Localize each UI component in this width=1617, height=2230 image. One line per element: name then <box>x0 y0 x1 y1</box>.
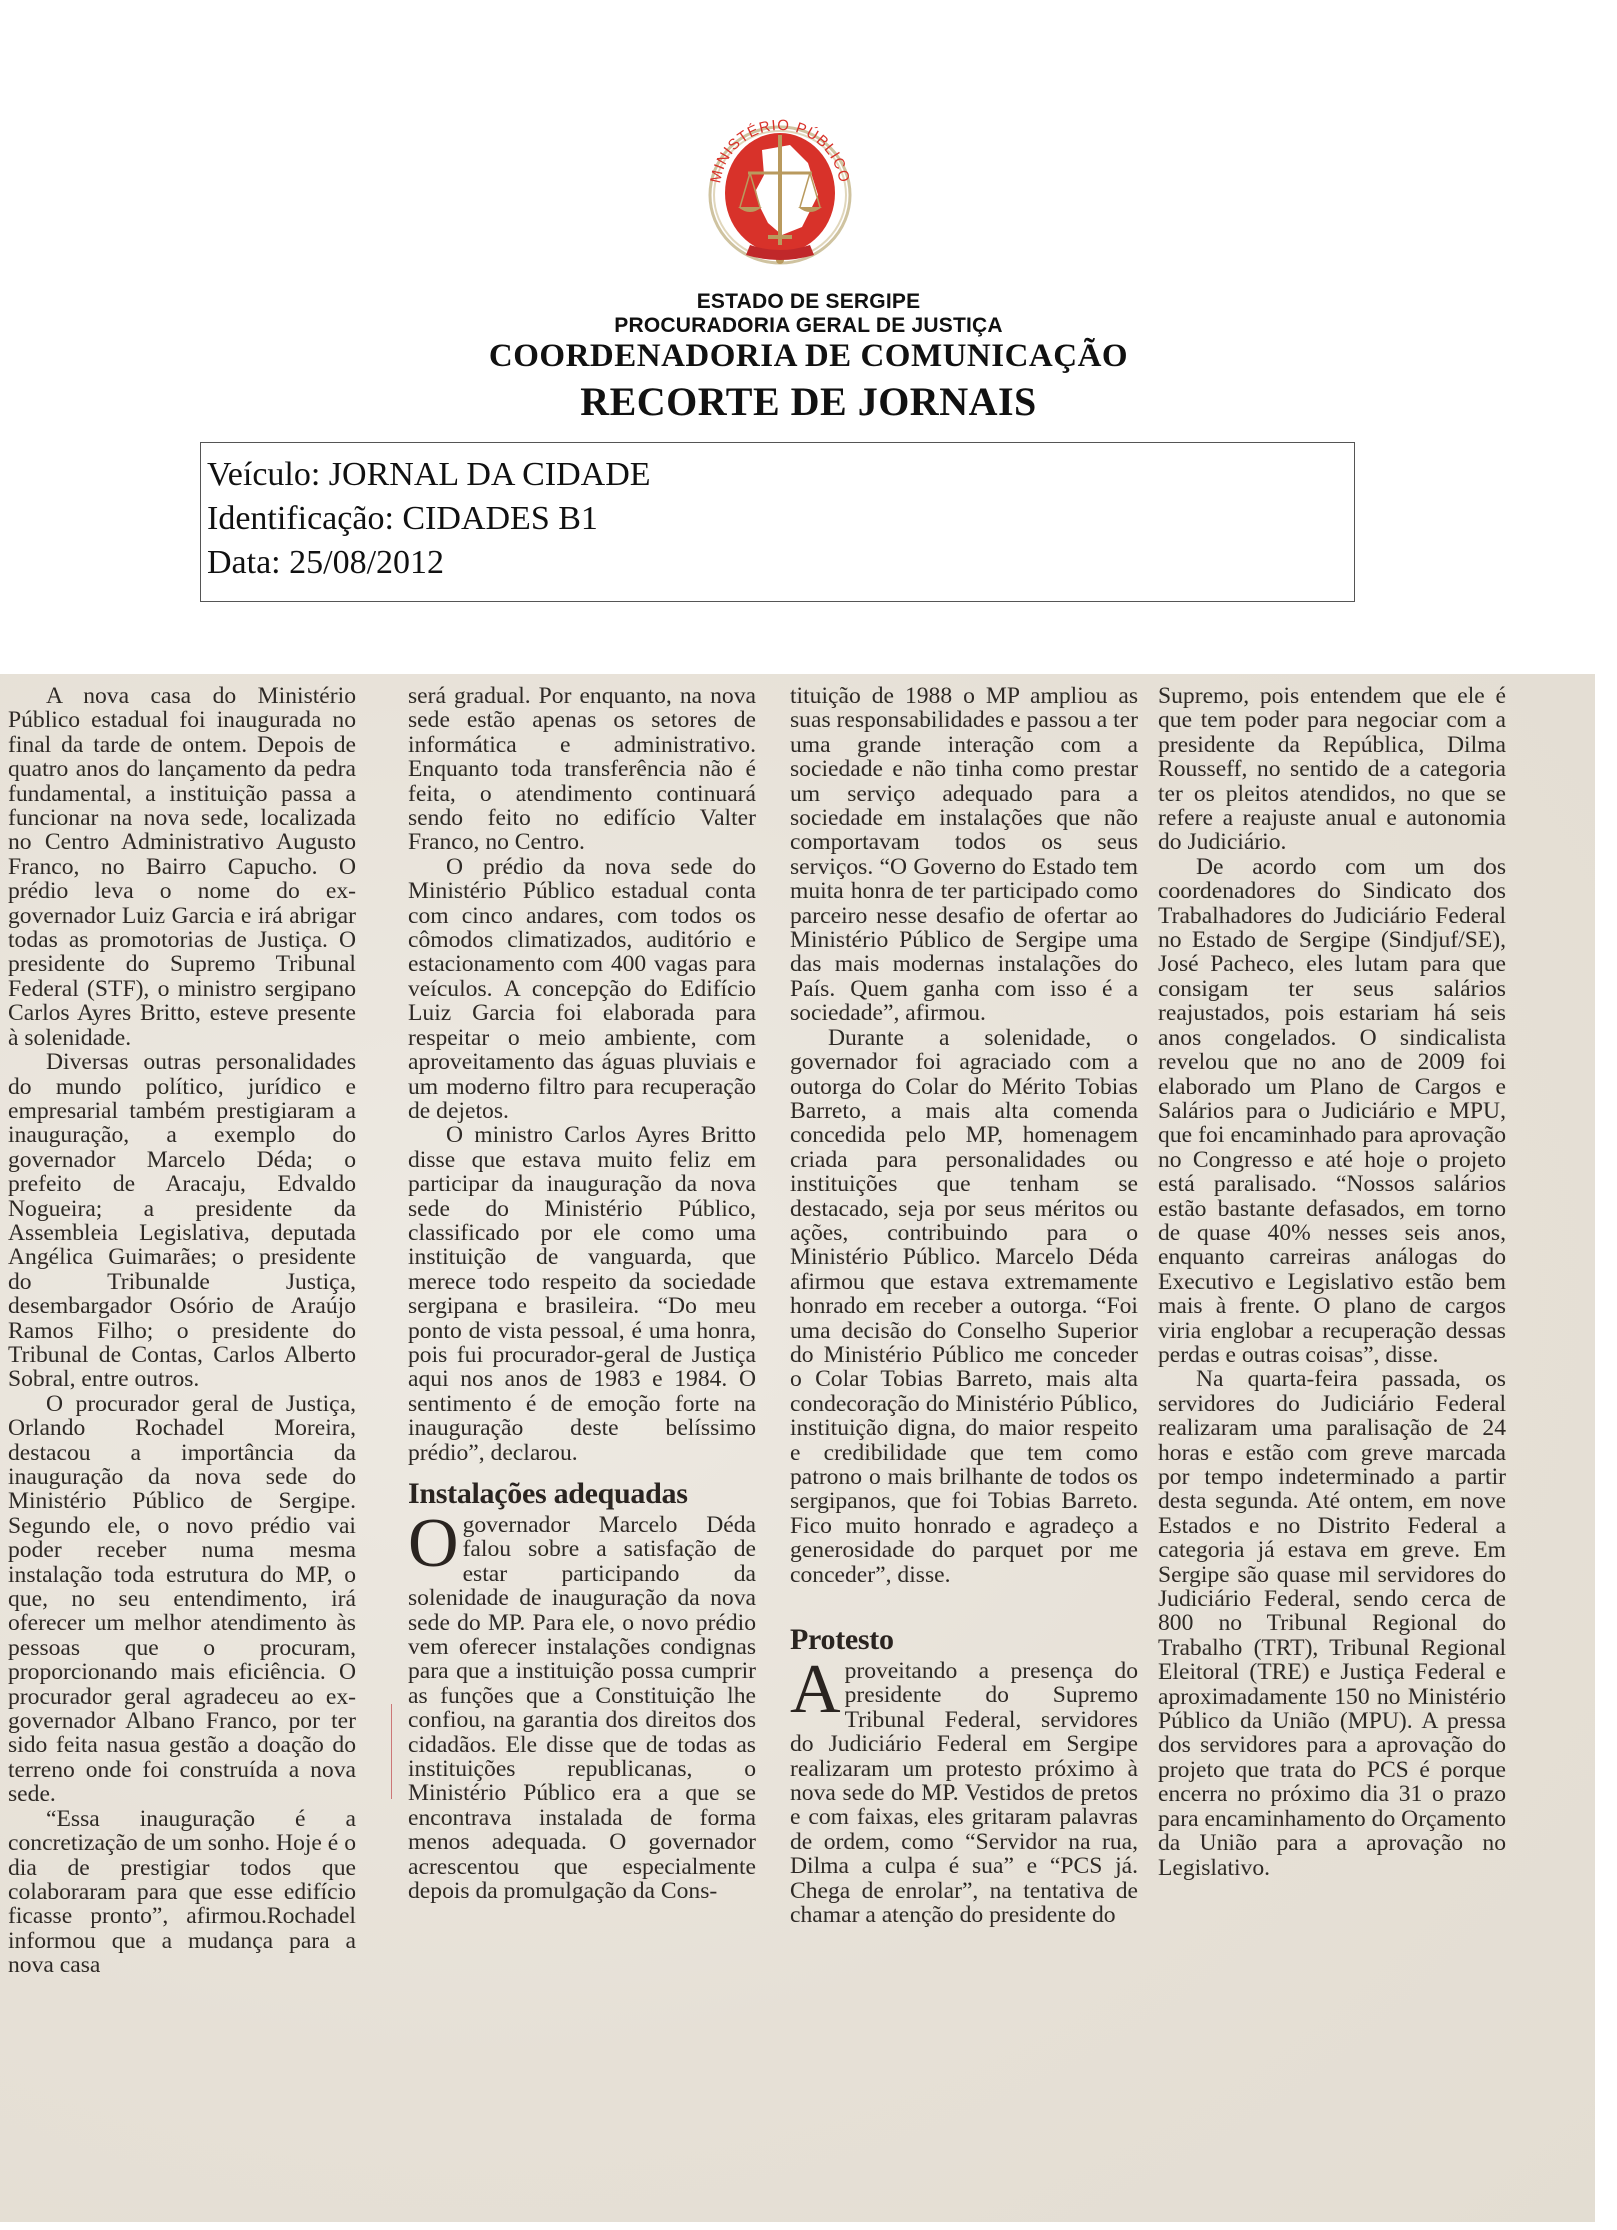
paragraph: Diversas outras personalidades do mundo … <box>8 1050 356 1392</box>
paragraph-text: governador Marcelo Déda falou sobre a sa… <box>408 1512 756 1904</box>
paragraph: Durante a solenidade, o governador foi a… <box>790 1026 1138 1587</box>
subheading-protesto: Protesto <box>790 1623 1138 1657</box>
paragraph: Supremo, pois entendem que ele é que tem… <box>1158 684 1506 855</box>
state-name: ESTADO DE SERGIPE <box>0 290 1617 314</box>
paragraph: O ministro Carlos Ayres Britto disse que… <box>408 1123 756 1465</box>
subheading-instalacoes: Instalações adequadas <box>408 1477 756 1511</box>
paragraph: será gradual. Por enquanto, na nova sede… <box>408 684 756 855</box>
vehicle-line: Veículo: JORNAL DA CIDADE <box>207 453 1354 497</box>
drop-cap: O <box>408 1517 459 1571</box>
seal-emblem-icon: MINISTÉRIO PÚBLICO <box>690 95 870 285</box>
paragraph: O procurador geral de Justiça, Orlando R… <box>8 1392 356 1807</box>
document-title: RECORTE DE JORNAIS <box>0 378 1617 425</box>
date-line: Data: 25/08/2012 <box>207 541 1354 585</box>
drop-cap: A <box>790 1663 841 1717</box>
paragraph: Aproveitando a presença do presidente do… <box>790 1659 1138 1927</box>
article-column-2: será gradual. Por enquanto, na nova sede… <box>408 684 756 1904</box>
ministerio-publico-seal-logo: MINISTÉRIO PÚBLICO <box>690 95 870 285</box>
article-column-1: A nova casa do Ministério Público estadu… <box>8 684 356 1978</box>
paragraph: tituição de 1988 o MP ampliou as suas re… <box>790 684 1138 1026</box>
article-column-3: tituição de 1988 o MP ampliou as suas re… <box>790 684 1138 1928</box>
paragraph: Na quarta-feira passada, os servidores d… <box>1158 1367 1506 1880</box>
newspaper-clipping: A nova casa do Ministério Público estadu… <box>0 674 1595 2222</box>
paragraph: “Essa inauguração é a concretização de u… <box>8 1807 356 1978</box>
paragraph: De acordo com um dos coordenadores do Si… <box>1158 855 1506 1368</box>
paragraph-text: proveitando a presença do presidente do … <box>790 1658 1138 1928</box>
clipping-identification-box: Veículo: JORNAL DA CIDADE Identificação:… <box>200 442 1355 602</box>
department-name: COORDENADORIA DE COMUNICAÇÃO <box>0 338 1617 375</box>
article-column-4: Supremo, pois entendem que ele é que tem… <box>1158 684 1506 1880</box>
paragraph: O prédio da nova sede do Ministério Públ… <box>408 855 756 1123</box>
identification-line: Identificação: CIDADES B1 <box>207 497 1354 541</box>
agency-name: PROCURADORIA GERAL DE JUSTIÇA <box>0 314 1617 338</box>
red-margin-mark <box>391 1704 392 1799</box>
paragraph: A nova casa do Ministério Público estadu… <box>8 684 356 1050</box>
paragraph: O governador Marcelo Déda falou sobre a … <box>408 1513 756 1904</box>
